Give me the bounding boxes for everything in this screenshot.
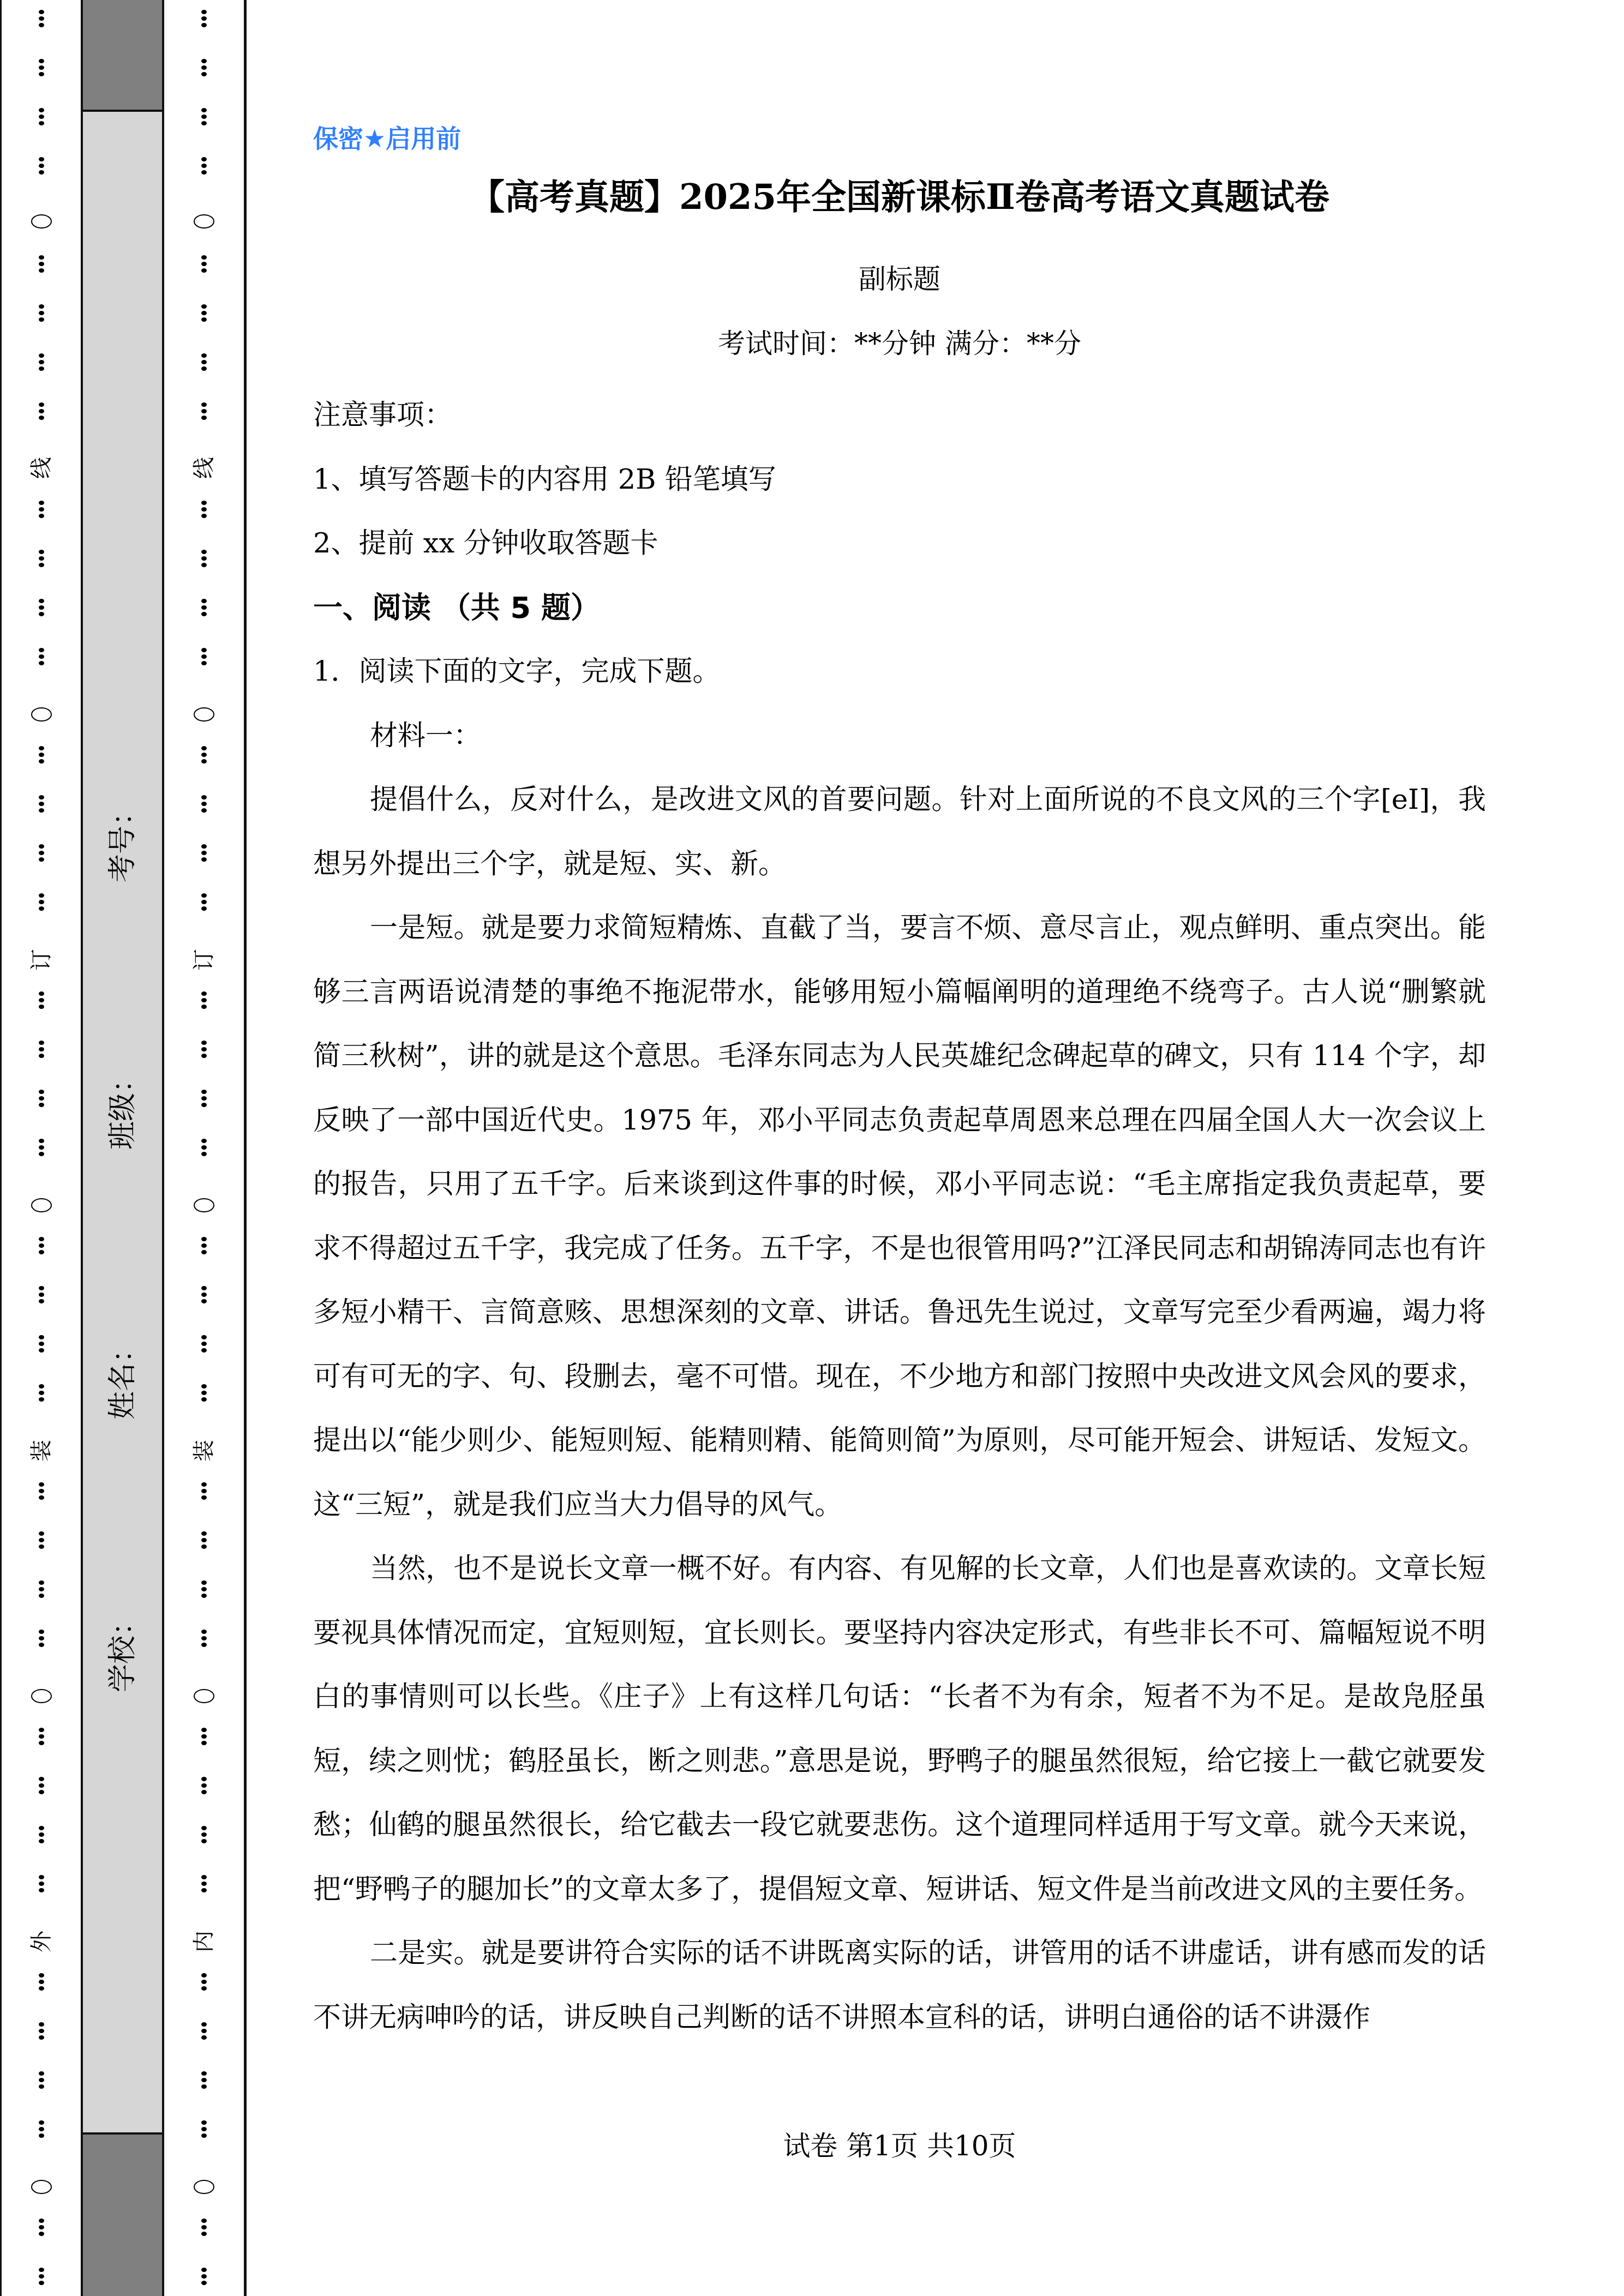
- dots-icon: [38, 2268, 45, 2287]
- dots-icon: [201, 648, 207, 668]
- dots-icon: [201, 255, 207, 275]
- student-info-column: 考号： 班级： 姓名： 学校：: [81, 0, 164, 2296]
- dots-icon: [201, 402, 207, 422]
- dots-icon: [38, 2120, 45, 2140]
- dots-icon: [38, 550, 45, 569]
- dots-icon: [201, 501, 207, 520]
- dots-icon: [201, 1973, 207, 1993]
- dots-icon: [201, 844, 207, 864]
- dots-icon: [201, 1531, 207, 1551]
- dots-icon: [38, 1090, 45, 1109]
- dots-icon: [201, 1875, 207, 1895]
- notice-heading: 注意事项：: [313, 383, 1486, 448]
- dots-icon: [201, 1384, 207, 1404]
- page-title: 【高考真题】2025年全国新课标Ⅱ卷高考语文真题试卷: [313, 176, 1486, 219]
- dots-icon: [38, 108, 45, 128]
- dots-icon: [38, 1482, 45, 1502]
- passage-paragraph: 当然，也不是说长文章一概不好。有内容、有见解的长文章，人们也是喜欢读的。文章长短…: [313, 1537, 1486, 1921]
- dots-icon: [38, 844, 45, 864]
- dots-icon: [201, 1580, 207, 1600]
- outer-seal-line: 线订装外: [0, 0, 81, 2296]
- seal-line-char: 线: [193, 452, 215, 484]
- material-label: 材料一：: [313, 704, 1486, 768]
- dots-icon: [201, 1090, 207, 1109]
- dots-icon: [38, 1973, 45, 1993]
- dots-icon: [201, 991, 207, 1011]
- name-label: 姓名：: [106, 1323, 139, 1432]
- dots-icon: [201, 1237, 207, 1257]
- circle-icon: [194, 707, 214, 722]
- dots-icon: [38, 501, 45, 520]
- subtitle: 副标题: [313, 257, 1486, 297]
- dots-icon: [38, 1286, 45, 1306]
- dots-icon: [201, 1728, 207, 1747]
- question-text: 阅读下面的文字，完成下题。: [358, 656, 720, 688]
- passage-paragraph: 提倡什么，反对什么，是改进文风的首要问题。针对上面所说的不良文风的三个字[eI]…: [313, 768, 1486, 896]
- dots-icon: [38, 1531, 45, 1551]
- question-prompt: 1．阅读下面的文字，完成下题。: [313, 640, 1486, 704]
- dots-icon: [201, 1041, 207, 1060]
- seal-line-char: 内: [193, 1925, 215, 1958]
- page-footer: 试卷 第1页 共10页: [313, 2124, 1486, 2163]
- dots-icon: [38, 1139, 45, 1158]
- dots-icon: [38, 1630, 45, 1649]
- dots-icon: [38, 1875, 45, 1895]
- circle-icon: [31, 1689, 52, 1703]
- question-number: 1．: [313, 656, 358, 688]
- dots-icon: [201, 1630, 207, 1649]
- dots-icon: [38, 746, 45, 766]
- circle-icon: [194, 1689, 214, 1703]
- school-label: 学校：: [106, 1595, 139, 1704]
- dots-icon: [201, 108, 207, 128]
- dots-icon: [38, 1728, 45, 1747]
- circle-icon: [194, 214, 214, 229]
- passage-paragraph: 二是实。就是要讲符合实际的话不讲既离实际的话，讲管用的话不讲虚话，讲有感而发的话…: [313, 1921, 1486, 2049]
- section-heading: 一、阅读 （共 5 题）: [313, 576, 1486, 640]
- dots-icon: [38, 10, 45, 29]
- exam-body: 注意事项： 1、填写答题卡的内容用 2B 铅笔填写 2、提前 xx 分钟收取答题…: [313, 383, 1486, 2049]
- seal-line-char: 订: [193, 943, 215, 976]
- dots-icon: [201, 2120, 207, 2140]
- dots-icon: [38, 991, 45, 1011]
- dots-icon: [201, 2268, 207, 2287]
- dots-icon: [201, 1826, 207, 1846]
- seal-line-char: 外: [31, 1925, 52, 1958]
- circle-icon: [31, 1198, 52, 1212]
- circle-icon: [194, 2180, 214, 2194]
- seal-line-char: 装: [193, 1434, 215, 1467]
- dots-icon: [201, 1286, 207, 1306]
- dots-icon: [201, 2071, 207, 2091]
- notice-item-2: 2、提前 xx 分钟收取答题卡: [313, 512, 1486, 576]
- notice-item-1: 1、填写答题卡的内容用 2B 铅笔填写: [313, 448, 1486, 512]
- dots-icon: [201, 1777, 207, 1796]
- dots-icon: [201, 893, 207, 913]
- dots-icon: [38, 1237, 45, 1257]
- dots-icon: [201, 353, 207, 373]
- dots-icon: [38, 304, 45, 324]
- dots-icon: [201, 746, 207, 766]
- dots-icon: [38, 1335, 45, 1355]
- dots-icon: [201, 1335, 207, 1355]
- outer-markers: 线订装外: [2, 0, 81, 2296]
- exam-number-label: 考号：: [106, 785, 139, 894]
- inner-markers: 线订装内: [164, 0, 244, 2296]
- dots-icon: [201, 1139, 207, 1158]
- passage-paragraph: 一是短。就是要力求简短精炼、直截了当，要言不烦、意尽言止，观点鲜明、重点突出。能…: [313, 896, 1486, 1537]
- dots-icon: [201, 550, 207, 569]
- dots-icon: [201, 1482, 207, 1502]
- dots-icon: [38, 353, 45, 373]
- dots-icon: [201, 795, 207, 815]
- dots-icon: [38, 1041, 45, 1060]
- dots-icon: [38, 157, 45, 177]
- binding-strip: 线订装外 考号： 班级： 姓名： 学校： 线订装内: [0, 0, 247, 2296]
- dots-icon: [201, 599, 207, 618]
- confidential-label: 保密★启用前: [313, 119, 461, 155]
- top-dark-band: [83, 0, 162, 112]
- inner-seal-line: 线订装内: [164, 0, 247, 2296]
- dots-icon: [38, 893, 45, 913]
- seal-line-char: 订: [31, 943, 52, 976]
- class-label: 班级：: [106, 1053, 139, 1162]
- circle-icon: [31, 214, 52, 229]
- dots-icon: [201, 304, 207, 324]
- dots-icon: [38, 648, 45, 668]
- dots-icon: [201, 157, 207, 177]
- dots-icon: [38, 795, 45, 815]
- circle-icon: [31, 2180, 52, 2194]
- dots-icon: [38, 1580, 45, 1600]
- dots-icon: [38, 599, 45, 618]
- bottom-dark-band: [83, 2132, 162, 2296]
- dots-icon: [38, 1777, 45, 1796]
- dots-icon: [201, 59, 207, 79]
- dots-icon: [38, 59, 45, 79]
- dots-icon: [38, 402, 45, 422]
- exam-info: 考试时间：**分钟 满分：**分: [313, 322, 1486, 361]
- dots-icon: [201, 2022, 207, 2042]
- seal-line-char: 线: [31, 452, 52, 484]
- circle-icon: [194, 1198, 214, 1212]
- dots-icon: [38, 2022, 45, 2042]
- dots-icon: [38, 255, 45, 275]
- dots-icon: [201, 2219, 207, 2238]
- dots-icon: [201, 10, 207, 29]
- dots-icon: [38, 1826, 45, 1846]
- dots-icon: [38, 2219, 45, 2238]
- dots-icon: [38, 1384, 45, 1404]
- circle-icon: [31, 707, 52, 722]
- dots-icon: [38, 2071, 45, 2091]
- seal-line-char: 装: [31, 1434, 52, 1467]
